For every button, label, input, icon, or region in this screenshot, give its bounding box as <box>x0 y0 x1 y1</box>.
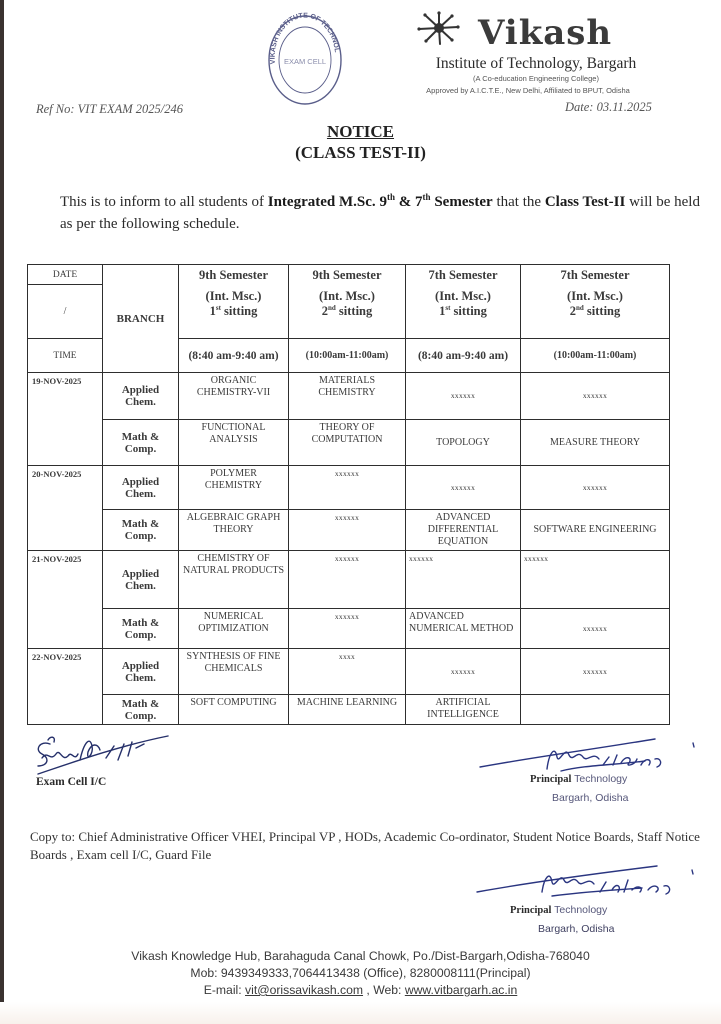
subject-cell: ADVANCED DIFFERENTIAL EQUATION <box>406 510 521 551</box>
subject-cell: ORGANIC CHEMISTRY-VII <box>179 373 289 420</box>
class-test-schedule-table: DATE BRANCH 9th Semester(Int. Msc.)1st s… <box>27 264 670 725</box>
footer-address: Vikash Knowledge Hub, Barahaguda Canal C… <box>0 948 721 965</box>
table-row: Math & Comp.SOFT COMPUTINGMACHINE LEARNI… <box>28 695 670 725</box>
subject-cell: THEORY OF COMPUTATION <box>289 420 406 466</box>
notice-date: Date: 03.11.2025 <box>565 100 652 115</box>
footer-phones: Mob: 9439349333,7064413438 (Office), 828… <box>0 965 721 982</box>
institute-subtitle: (A Co-education Engineering College) <box>396 74 676 83</box>
scan-bottom-shadow <box>0 1002 721 1024</box>
intro-paragraph: This is to inform to all students of Int… <box>60 186 700 235</box>
subject-cell: xxxx <box>289 649 406 695</box>
footer-contact: Vikash Knowledge Hub, Barahaguda Canal C… <box>0 948 721 999</box>
footer-email-web: E-mail: vit@orissavikash.com , Web: www.… <box>0 982 721 999</box>
subject-cell: xxxxxx <box>289 510 406 551</box>
subject-cell: ADVANCED NUMERICAL METHOD <box>406 609 521 649</box>
table-row: 22-NOV-2025Applied Chem.SYNTHESIS OF FIN… <box>28 649 670 695</box>
header-slash: / <box>28 285 103 339</box>
table-row: Math & Comp.ALGEBRAIC GRAPH THEORYxxxxxx… <box>28 510 670 551</box>
subject-cell: xxxxxx <box>289 466 406 510</box>
subject-cell: xxxxxx <box>406 551 521 609</box>
subject-cell: xxxxxx <box>406 649 521 695</box>
subject-cell <box>521 695 670 725</box>
subject-cell: xxxxxx <box>521 466 670 510</box>
subject-cell: MEASURE THEORY <box>521 420 670 466</box>
date-cell: 19-NOV-2025 <box>28 373 103 466</box>
notice-title: NOTICE <box>0 122 721 142</box>
header-time-4: (10:00am-11:00am) <box>521 339 670 373</box>
table-row: Math & Comp.FUNCTIONAL ANALYSISTHEORY OF… <box>28 420 670 466</box>
principal-signature-icon <box>472 862 697 908</box>
subject-cell: xxxxxx <box>289 609 406 649</box>
table-row: 19-NOV-2025Applied Chem.ORGANIC CHEMISTR… <box>28 373 670 420</box>
header-column-1: 9th Semester(Int. Msc.)1st sitting <box>179 265 289 339</box>
subject-cell: xxxxxx <box>521 551 670 609</box>
subject-cell: CHEMISTRY OF NATURAL PRODUCTS <box>179 551 289 609</box>
subject-cell: xxxxxx <box>289 551 406 609</box>
header-time-2: (10:00am-11:00am) <box>289 339 406 373</box>
branch-cell: Math & Comp. <box>103 695 179 725</box>
exam-cell-label: Exam Cell I/C <box>36 776 106 788</box>
principal-stamp-1: Vikash Institute ofPrincipal Technology <box>530 773 627 785</box>
header-time-1: (8:40 am-9:40 am) <box>179 339 289 373</box>
subject-cell: SOFTWARE ENGINEERING <box>521 510 670 551</box>
copy-to-list: Copy to: Chief Administrative Officer VH… <box>30 828 702 864</box>
subject-cell: xxxxxx <box>521 373 670 420</box>
email-link[interactable]: vit@orissavikash.com <box>245 983 363 997</box>
branch-cell: Math & Comp. <box>103 420 179 466</box>
principal-place-1: Bargarh, Odisha <box>552 792 628 804</box>
branch-cell: Applied Chem. <box>103 649 179 695</box>
subject-cell: FUNCTIONAL ANALYSIS <box>179 420 289 466</box>
date-cell: 21-NOV-2025 <box>28 551 103 649</box>
exam-cell-stamp-icon: VIKASH INSTITUTE OF TECHNOLOGY EXAM CELL <box>265 12 345 108</box>
subject-cell: POLYMER CHEMISTRY <box>179 466 289 510</box>
branch-cell: Math & Comp. <box>103 609 179 649</box>
brand-name: Vikash <box>478 16 612 50</box>
branch-cell: Applied Chem. <box>103 551 179 609</box>
principal-stamp-2: Vikash Institute ofPrincipal Technology <box>510 904 607 916</box>
header-time-3: (8:40 am-9:40 am) <box>406 339 521 373</box>
header-column-2: 9th Semester(Int. Msc.)2nd sitting <box>289 265 406 339</box>
institute-approval: Approved by A.I.C.T.E., New Delhi, Affil… <box>378 86 678 95</box>
branch-cell: Math & Comp. <box>103 510 179 551</box>
header-column-4: 7th Semester(Int. Msc.)2nd sitting <box>521 265 670 339</box>
subject-cell: xxxxxx <box>406 373 521 420</box>
subject-cell: MATERIALS CHEMISTRY <box>289 373 406 420</box>
table-header-row: DATE BRANCH 9th Semester(Int. Msc.)1st s… <box>28 265 670 285</box>
subject-cell: xxxxxx <box>521 649 670 695</box>
subject-cell: ALGEBRAIC GRAPH THEORY <box>179 510 289 551</box>
subject-cell: xxxxxx <box>406 466 521 510</box>
branch-cell: Applied Chem. <box>103 373 179 420</box>
header-date-label: DATE <box>28 265 103 285</box>
subject-cell: xxxxxx <box>521 609 670 649</box>
svg-text:EXAM CELL: EXAM CELL <box>284 57 326 66</box>
exam-cell-signature-icon <box>28 732 178 782</box>
date-cell: 20-NOV-2025 <box>28 466 103 551</box>
table-row: 20-NOV-2025Applied Chem.POLYMER CHEMISTR… <box>28 466 670 510</box>
website-link[interactable]: www.vitbargarh.ac.in <box>405 983 517 997</box>
table-row: 21-NOV-2025Applied Chem.CHEMISTRY OF NAT… <box>28 551 670 609</box>
subject-cell: ARTIFICIAL INTELLIGENCE <box>406 695 521 725</box>
header-column-3: 7th Semester(Int. Msc.)1st sitting <box>406 265 521 339</box>
table-row: Math & Comp.NUMERICAL OPTIMIZATIONxxxxxx… <box>28 609 670 649</box>
vikash-logo-icon <box>414 10 464 46</box>
subject-cell: SOFT COMPUTING <box>179 695 289 725</box>
subject-cell: SYNTHESIS OF FINE CHEMICALS <box>179 649 289 695</box>
reference-number: Ref No: VIT EXAM 2025/246 <box>36 102 183 117</box>
header-branch-label: BRANCH <box>103 265 179 373</box>
institute-name: Institute of Technology, Bargarh <box>396 55 676 73</box>
subject-cell: TOPOLOGY <box>406 420 521 466</box>
header-time-label: TIME <box>28 339 103 373</box>
principal-place-2: Bargarh, Odisha <box>538 923 614 935</box>
subject-cell: MACHINE LEARNING <box>289 695 406 725</box>
subject-cell: NUMERICAL OPTIMIZATION <box>179 609 289 649</box>
notice-subtitle: (CLASS TEST-II) <box>0 143 721 163</box>
date-cell: 22-NOV-2025 <box>28 649 103 725</box>
branch-cell: Applied Chem. <box>103 466 179 510</box>
